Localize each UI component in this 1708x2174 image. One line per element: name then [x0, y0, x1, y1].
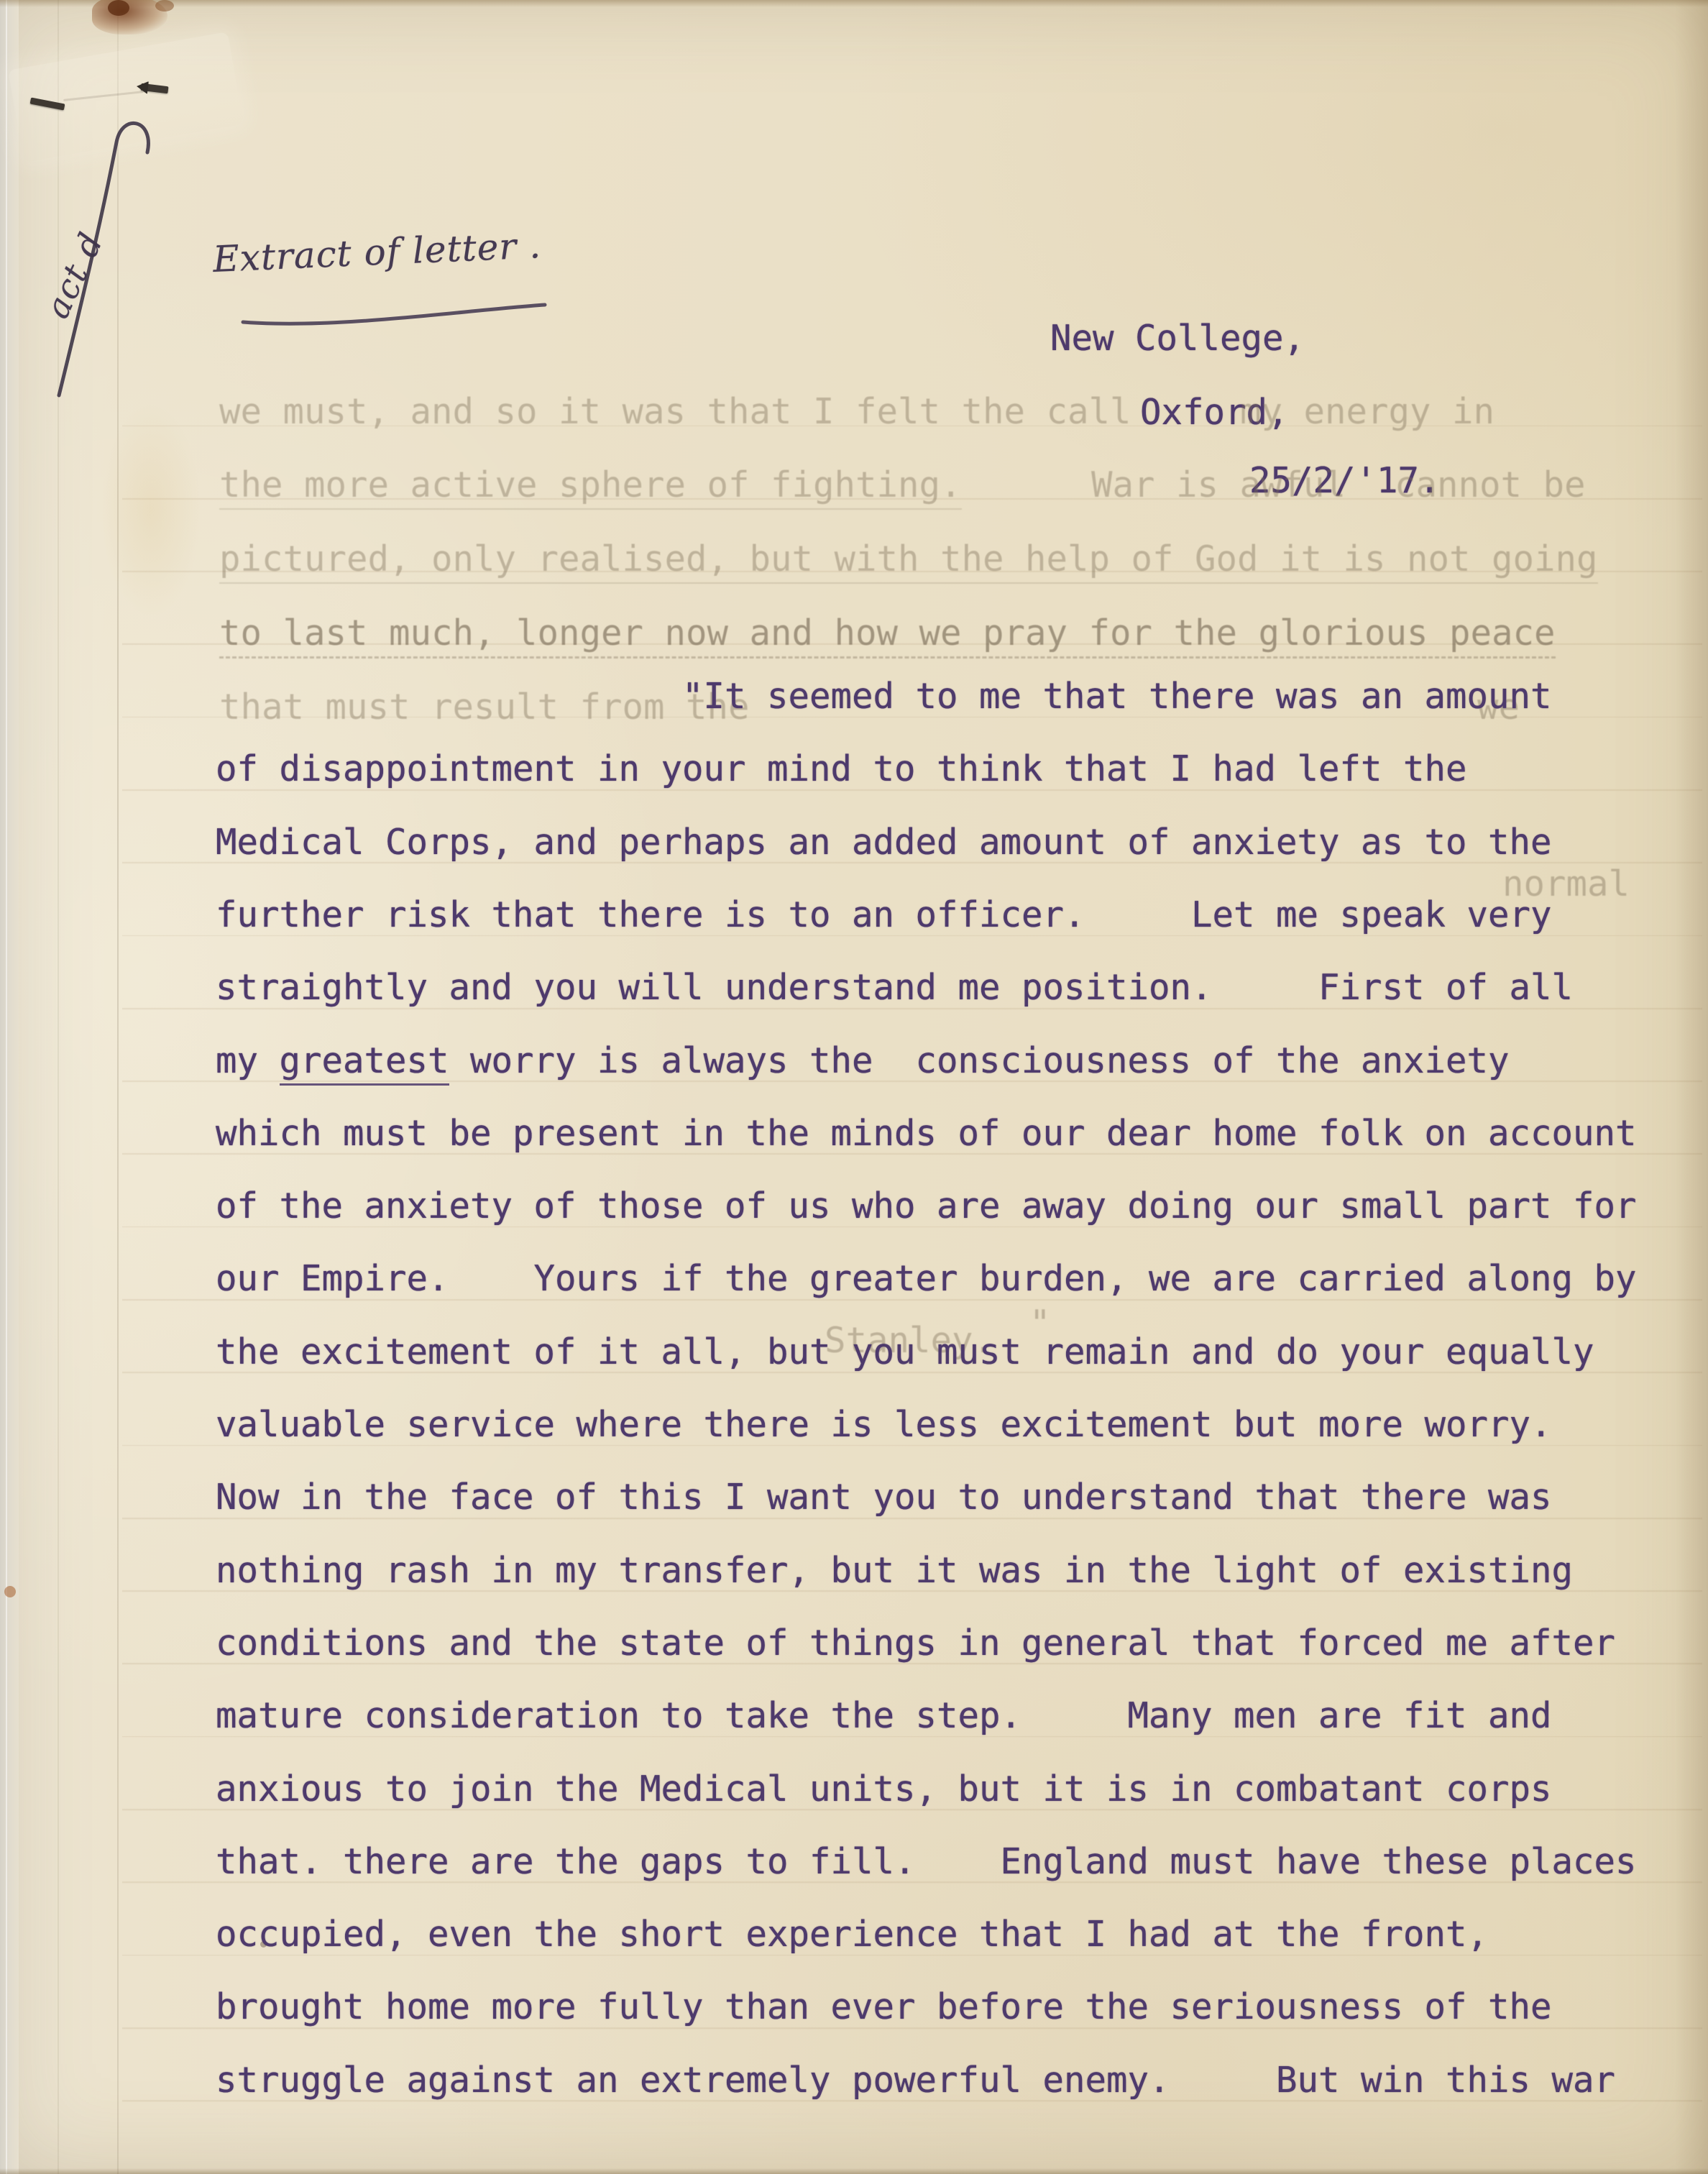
- page-top-edge: [0, 0, 1708, 7]
- stain-mark: [108, 0, 129, 16]
- ghost-text: War is awful: [1091, 467, 1346, 503]
- ghost-text: my energy in: [1240, 394, 1494, 429]
- title-underline-swash: [237, 299, 554, 334]
- ghost-text: to last much, longer now and how we pray…: [219, 615, 1556, 659]
- stain-mark: [4, 1586, 16, 1597]
- body-line: straightly and you will understand me po…: [216, 970, 1573, 1005]
- body-line: of disappointment in your mind to think …: [216, 751, 1467, 786]
- body-line: our Empire. Yours if the greater burden,…: [216, 1261, 1637, 1296]
- body-line: which must be present in the minds of ou…: [216, 1116, 1637, 1151]
- ghost-text: pictured, only realised, but with the he…: [219, 541, 1598, 584]
- body-line: the excitement of it all, but you must r…: [216, 1334, 1594, 1370]
- ghost-text: cannot be: [1395, 467, 1586, 503]
- body-line: Medical Corps, and perhaps an added amou…: [216, 825, 1552, 860]
- body-line: valuable service where there is less exc…: [216, 1407, 1552, 1442]
- body-line: further risk that there is to an officer…: [216, 897, 1552, 932]
- body-line: occupied, even the short experience that…: [216, 1917, 1488, 1952]
- pen-flourish-slash: [0, 108, 187, 417]
- body-line: that. there are the gaps to fill. Englan…: [216, 1844, 1637, 1879]
- body-line: my greatest worry is always the consciou…: [216, 1043, 1510, 1078]
- handwritten-title: Extract of letter .: [212, 224, 542, 280]
- letterhead-college: New College,: [1050, 321, 1305, 356]
- body-line: "It seemed to me that there was an amoun…: [216, 679, 1552, 714]
- body-line: struggle against an extremely powerful e…: [216, 2063, 1615, 2098]
- body-line: nothing rash in my transfer, but it was …: [216, 1553, 1573, 1588]
- body-line: brought home more fully than ever before…: [216, 1989, 1552, 2024]
- body-line: mature consideration to take the step. M…: [216, 1698, 1552, 1733]
- ghost-text: we must, and so it was that I felt the c…: [219, 394, 1131, 429]
- body-line: Now in the face of this I want you to un…: [216, 1480, 1552, 1515]
- body-text: my: [216, 1040, 280, 1081]
- body-line: conditions and the state of things in ge…: [216, 1625, 1615, 1661]
- body-line: anxious to join the Medical units, but i…: [216, 1771, 1552, 1807]
- scanned-letter-page: act d Extract of letter . New College, O…: [0, 0, 1708, 2174]
- page-bottom-edge: [0, 2168, 1708, 2174]
- stain-mark: [101, 403, 201, 618]
- underlined-word: greatest: [280, 1040, 449, 1086]
- stain-mark: [155, 0, 174, 12]
- page-right-shadow: [1675, 0, 1708, 2174]
- body-line: of the anxiety of those of us who are aw…: [216, 1188, 1637, 1224]
- ghost-text: the more active sphere of fighting.: [219, 467, 962, 510]
- body-text: worry is always the consciousness of the…: [449, 1040, 1510, 1081]
